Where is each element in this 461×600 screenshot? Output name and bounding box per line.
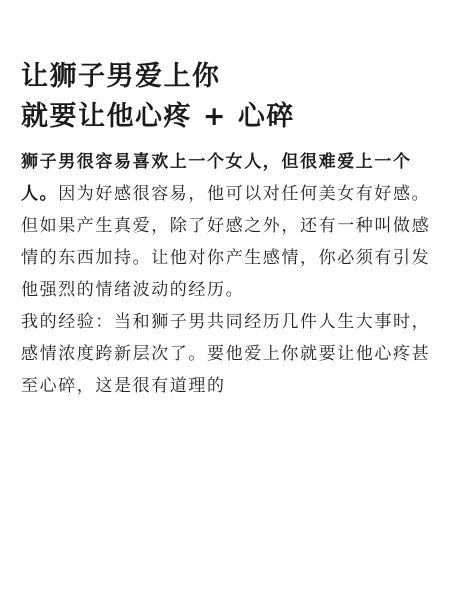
body-line-3-regular: 但如果产生真爱，除了好感之外，还有一种叫做感	[21, 216, 430, 236]
body-line-4: 情的东西加持。让他对你产生感情，你必须有引发	[21, 242, 441, 274]
body-line-5: 他强烈的情绪波动的经历。	[21, 274, 441, 306]
body-line-8-regular: 至心碎，这是很有道理的	[21, 376, 226, 396]
article-page: 让狮子男爱上你 就要让他心疼 + 心碎 狮子男很容易喜欢上一个女人，但很难爱上一…	[0, 0, 461, 600]
body-line-7: 感情浓度跨新层次了。要他爱上你就要让他心疼甚	[21, 338, 441, 370]
body-line-6: 我的经验：当和狮子男共同经历几件人生大事时，	[21, 306, 441, 338]
article-body: 狮子男很容易喜欢上一个女人，但很难爱上一个 人。因为好感很容易，他可以对任何美女…	[21, 146, 441, 402]
body-line-4-regular: 情的东西加持。让他对你产生感情，你必须有引发	[21, 248, 430, 268]
body-line-2: 人。因为好感很容易，他可以对任何美女有好感。	[21, 178, 441, 210]
title-line-2: 就要让他心疼 + 心碎	[21, 97, 451, 137]
body-line-3: 但如果产生真爱，除了好感之外，还有一种叫做感	[21, 210, 441, 242]
body-line-8: 至心碎，这是很有道理的	[21, 370, 441, 402]
body-line-6-regular: 我的经验：当和狮子男共同经历几件人生大事时，	[21, 312, 430, 332]
body-line-1-bold: 狮子男很容易喜欢上一个女人，但很难爱上一个	[21, 152, 412, 172]
body-line-2-regular: 因为好感很容易，他可以对任何美女有好感。	[58, 184, 430, 204]
article-title: 让狮子男爱上你 就要让他心疼 + 心碎	[21, 57, 451, 137]
body-line-5-regular: 他强烈的情绪波动的经历。	[21, 280, 244, 300]
body-line-7-regular: 感情浓度跨新层次了。要他爱上你就要让他心疼甚	[21, 344, 430, 364]
body-line-1: 狮子男很容易喜欢上一个女人，但很难爱上一个	[21, 146, 441, 178]
body-line-2-bold: 人。	[21, 184, 58, 204]
title-line-1: 让狮子男爱上你	[21, 57, 451, 97]
